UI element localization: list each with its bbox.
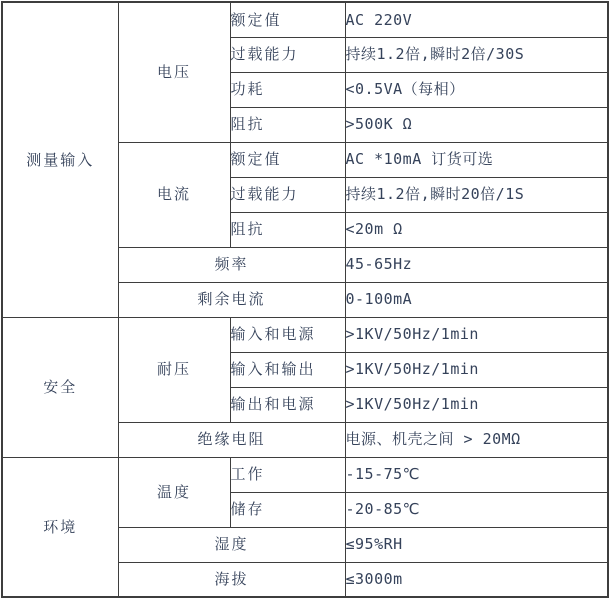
group-residual-current: 剩余电流 <box>118 282 345 317</box>
value-insulation-resistance: 电源、机壳之间 > 20MΩ <box>345 422 608 457</box>
param-current-rated: 额定值 <box>230 142 345 177</box>
param-temperature-operating: 工作 <box>230 457 345 492</box>
group-voltage: 电压 <box>118 2 230 142</box>
value-current-rated: AC *10mA 订货可选 <box>345 142 608 177</box>
section-safety: 安全 <box>2 317 118 457</box>
value-input-to-power: >1KV/50Hz/1min <box>345 317 608 352</box>
value-temperature-operating: -15-75℃ <box>345 457 608 492</box>
param-voltage-impedance: 阻抗 <box>230 107 345 142</box>
group-humidity: 湿度 <box>118 527 345 562</box>
table-row: 测量输入 电压 额定值 AC 220V <box>2 2 608 37</box>
value-output-to-power: >1KV/50Hz/1min <box>345 387 608 422</box>
section-measurement-input: 测量输入 <box>2 2 118 317</box>
value-input-to-output: >1KV/50Hz/1min <box>345 352 608 387</box>
section-environment: 环境 <box>2 457 118 597</box>
param-input-to-output: 输入和输出 <box>230 352 345 387</box>
value-current-impedance: <20m Ω <box>345 212 608 247</box>
value-temperature-storage: -20-85℃ <box>345 492 608 527</box>
spec-table: 测量输入 电压 额定值 AC 220V 过载能力 持续1.2倍,瞬时2倍/30S… <box>1 1 609 598</box>
table-row: 安全 耐压 输入和电源 >1KV/50Hz/1min <box>2 317 608 352</box>
value-humidity: ≤95%RH <box>345 527 608 562</box>
group-temperature: 温度 <box>118 457 230 527</box>
value-residual-current: 0-100mA <box>345 282 608 317</box>
spec-sheet: 测量输入 电压 额定值 AC 220V 过载能力 持续1.2倍,瞬时2倍/30S… <box>0 0 609 600</box>
value-current-overload: 持续1.2倍,瞬时20倍/1S <box>345 177 608 212</box>
param-current-overload: 过载能力 <box>230 177 345 212</box>
value-frequency: 45-65Hz <box>345 247 608 282</box>
value-voltage-overload: 持续1.2倍,瞬时2倍/30S <box>345 37 608 72</box>
param-temperature-storage: 储存 <box>230 492 345 527</box>
table-row: 环境 温度 工作 -15-75℃ <box>2 457 608 492</box>
group-current: 电流 <box>118 142 230 247</box>
param-input-to-power: 输入和电源 <box>230 317 345 352</box>
value-voltage-power-consumption: <0.5VA（每相） <box>345 72 608 107</box>
param-voltage-overload: 过载能力 <box>230 37 345 72</box>
group-altitude: 海拔 <box>118 562 345 597</box>
group-frequency: 频率 <box>118 247 345 282</box>
value-voltage-impedance: >500K Ω <box>345 107 608 142</box>
param-voltage-power-consumption: 功耗 <box>230 72 345 107</box>
value-voltage-rated: AC 220V <box>345 2 608 37</box>
param-output-to-power: 输出和电源 <box>230 387 345 422</box>
group-insulation-resistance: 绝缘电阻 <box>118 422 345 457</box>
group-withstand-voltage: 耐压 <box>118 317 230 422</box>
value-altitude: ≤3000m <box>345 562 608 597</box>
param-voltage-rated: 额定值 <box>230 2 345 37</box>
param-current-impedance: 阻抗 <box>230 212 345 247</box>
